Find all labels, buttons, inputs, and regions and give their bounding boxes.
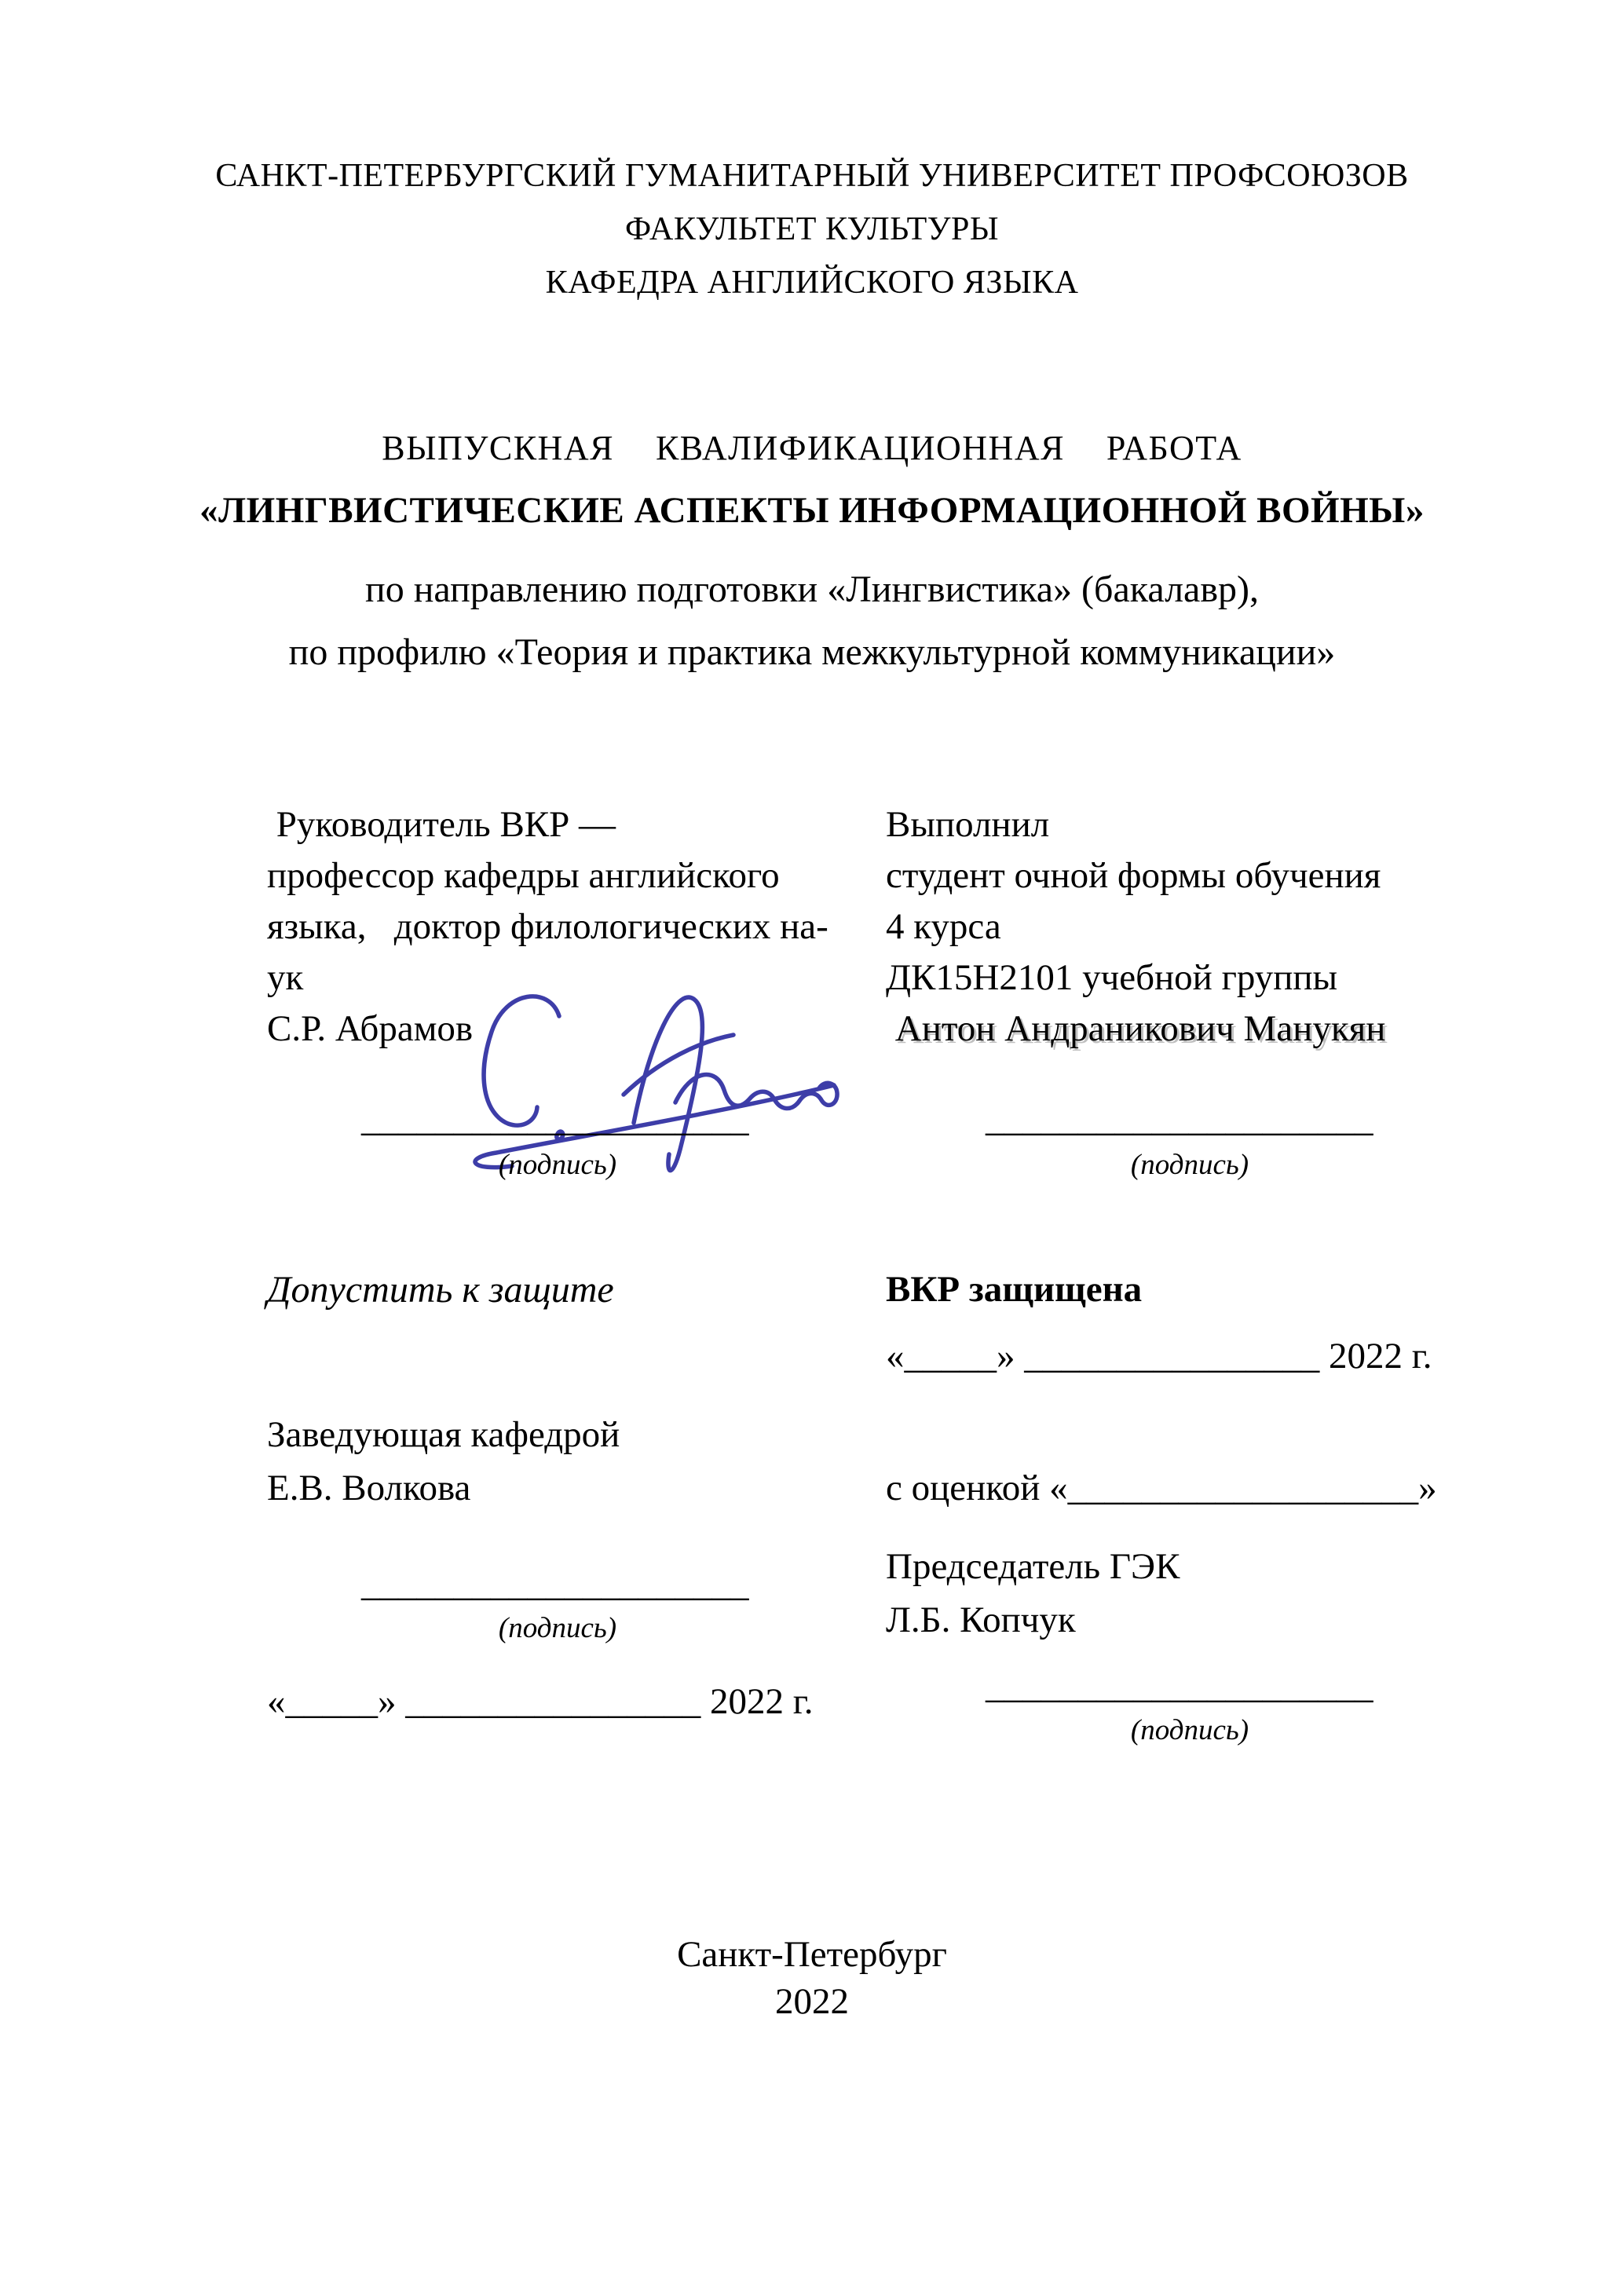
student-performed-label: Выполнил <box>886 799 1530 850</box>
supervisor-role-line2: профессор кафедры английского <box>267 850 832 901</box>
supervisor-role-line1: Руководитель ВКР — <box>267 799 832 850</box>
admission-signature-line: _____________________ <box>361 1563 770 1605</box>
supervisor-block: Руководитель ВКР — профессор кафедры анг… <box>267 799 832 1055</box>
admission-heading: Допустить к защите <box>267 1268 614 1311</box>
supervisor-role-line3: языка, доктор филологических на- <box>267 901 832 952</box>
study-profile: по профилю «Теория и практика межкультур… <box>0 631 1624 674</box>
defense-heading: ВКР защищена <box>886 1268 1142 1311</box>
study-direction: по направлению подготовки «Лингвистика» … <box>0 568 1624 611</box>
defense-grade-line: с оценкой «___________________» <box>886 1467 1437 1509</box>
university-name: САНКТ-ПЕТЕРБУРГСКИЙ ГУМАНИТАРНЫЙ УНИВЕРС… <box>0 157 1624 195</box>
admission-date-line: «_____» ________________ 2022 г. <box>267 1680 813 1723</box>
student-signature-caption: (подпись) <box>986 1148 1394 1182</box>
committee-chair-name: Л.Б. Копчук <box>886 1599 1076 1641</box>
work-category: ВЫПУСКНАЯ КВАЛИФИКАЦИОННАЯ РАБОТА <box>0 428 1624 468</box>
supervisor-signature-line: _____________________ <box>361 1098 770 1140</box>
footer-city: Санкт-Петербург <box>0 1933 1624 1976</box>
faculty-name: ФАКУЛЬТЕТ КУЛЬТУРЫ <box>0 210 1624 248</box>
defense-date-line: «_____» ________________ 2022 г. <box>886 1335 1432 1377</box>
department-name: КАФЕДРА АНГЛИЙСКОГО ЯЗЫКА <box>0 264 1624 302</box>
committee-chair-role: Председатель ГЭК <box>886 1545 1180 1588</box>
chair-signature-caption: (подпись) <box>986 1713 1394 1747</box>
supervisor-role-line4: ук <box>267 952 832 1004</box>
chair-signature-line: _____________________ <box>986 1665 1410 1707</box>
thesis-title-page: САНКТ-ПЕТЕРБУРГСКИЙ ГУМАНИТАРНЫЙ УНИВЕРС… <box>0 0 1624 2296</box>
student-name: Антон Андраникович Манукян <box>886 1004 1530 1055</box>
student-study-form: студент очной формы обучения <box>886 850 1530 901</box>
supervisor-name: С.Р. Абрамов <box>267 1004 832 1055</box>
supervisor-signature-caption: (подпись) <box>361 1148 754 1182</box>
thesis-title: «ЛИНГВИСТИЧЕСКИЕ АСПЕКТЫ ИНФОРМАЦИОННОЙ … <box>0 489 1624 532</box>
admission-signature-caption: (подпись) <box>361 1611 754 1645</box>
student-course: 4 курса <box>886 901 1530 952</box>
footer-year: 2022 <box>0 1980 1624 2023</box>
student-group: ДК15Н2101 учебной группы <box>886 952 1530 1004</box>
student-block: Выполнил студент очной формы обучения 4 … <box>886 799 1530 1055</box>
student-signature-line: _____________________ <box>986 1098 1410 1140</box>
department-head-role: Заведующая кафедрой <box>267 1413 620 1456</box>
department-head-name: Е.В. Волкова <box>267 1467 470 1509</box>
